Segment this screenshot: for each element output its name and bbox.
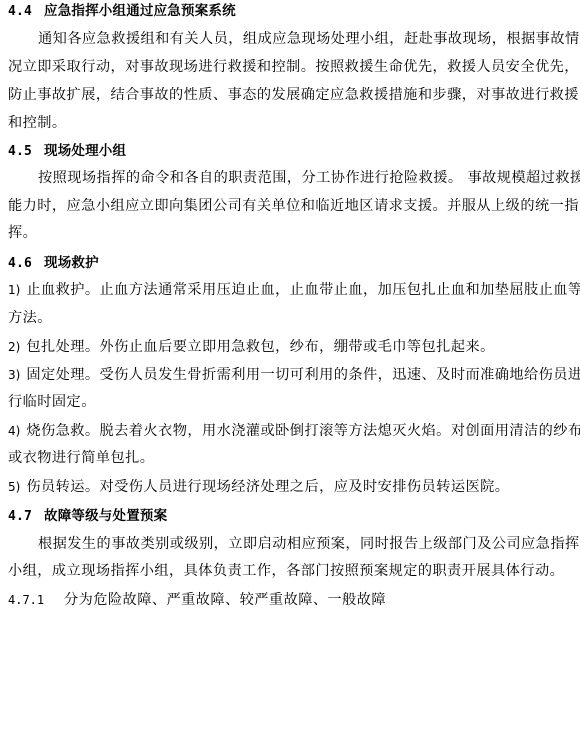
paragraph-line: 小组，成立现场指挥小组，具体负责工作，各部门按照预案规定的职责开展具体行动。 bbox=[8, 560, 576, 582]
subsection-text: 分为危险故障、严重故障、较严重故障、一般故障 bbox=[64, 592, 386, 608]
paragraph-line: 和控制。 bbox=[8, 112, 576, 134]
list-item-continuation: 方法。 bbox=[8, 307, 576, 329]
list-item-1: 1)止血救护。止血方法通常采用压迫止血，止血带止血，加压包扎止血和加垫屈肢止血等 bbox=[8, 279, 576, 301]
paragraph-line: 挥。 bbox=[8, 222, 576, 244]
paragraph-line: 防止事故扩展，结合事故的性质、事态的发展确定应急救援措施和步骤，对事故进行救援 bbox=[8, 84, 576, 106]
paragraph-line: 通知各应急救援组和有关人员，组成应急现场处理小组，赶赴事故现场，根据事故情 bbox=[8, 28, 580, 50]
section-heading-4-5: 4.5现场处理小组 bbox=[8, 140, 576, 162]
paragraph-line: 按照现场指挥的命令和各自的职责范围，分工协作进行抢险救援。 事故规模超过救援 bbox=[8, 167, 580, 189]
list-item-number: 5) bbox=[8, 480, 20, 494]
list-item-4: 4)烧伤急救。脱去着火衣物，用水浇灌或卧倒打滚等方法熄灭火焰。对创面用清洁的纱布 bbox=[8, 420, 576, 442]
subsection-4-7-1: 4.7.1分为危险故障、严重故障、较严重故障、一般故障 bbox=[8, 589, 576, 611]
paragraph-line: 况立即采取行动，对事故现场进行救援和控制。按照救援生命优先，救援人员安全优先， bbox=[8, 56, 576, 78]
list-item-continuation: 或衣物进行简单包扎。 bbox=[8, 447, 576, 469]
list-item-5: 5)伤员转运。对受伤人员进行现场经济处理之后，应及时安排伤员转运医院。 bbox=[8, 476, 576, 498]
list-item-2: 2)包扎处理。外伤止血后要立即用急救包，纱布，绷带或毛巾等包扎起来。 bbox=[8, 336, 576, 358]
list-item-3: 3)固定处理。受伤人员发生骨折需利用一切可利用的条件，迅速、及时而准确地给伤员进 bbox=[8, 364, 576, 386]
paragraph-line: 能力时，应急小组应立即向集团公司有关单位和临近地区请求支援。并服从上级的统一指 bbox=[8, 195, 576, 217]
list-item-number: 2) bbox=[8, 340, 20, 354]
subsection-number: 4.7.1 bbox=[8, 589, 64, 611]
list-item-number: 4) bbox=[8, 424, 20, 438]
section-number: 4.5 bbox=[8, 141, 44, 163]
section-title: 应急指挥小组通过应急预案系统 bbox=[44, 3, 236, 19]
list-item-text: 烧伤急救。脱去着火衣物，用水浇灌或卧倒打滚等方法熄灭火焰。对创面用清洁的纱布 bbox=[26, 423, 580, 439]
section-heading-4-4: 4.4应急指挥小组通过应急预案系统 bbox=[8, 0, 576, 22]
list-item-text: 固定处理。受伤人员发生骨折需利用一切可利用的条件，迅速、及时而准确地给伤员进 bbox=[26, 367, 580, 383]
list-item-text: 包扎处理。外伤止血后要立即用急救包，纱布，绷带或毛巾等包扎起来。 bbox=[26, 339, 494, 355]
section-number: 4.7 bbox=[8, 506, 44, 528]
paragraph-line: 根据发生的事故类别或级别，立即启动相应预案，同时报告上级部门及公司应急指挥 bbox=[8, 533, 580, 555]
list-item-text: 止血救护。止血方法通常采用压迫止血，止血带止血，加压包扎止血和加垫屈肢止血等 bbox=[26, 282, 580, 298]
section-title: 故障等级与处置预案 bbox=[44, 508, 167, 524]
section-title: 现场救护 bbox=[44, 255, 99, 271]
section-heading-4-6: 4.6现场救护 bbox=[8, 252, 576, 274]
section-heading-4-7: 4.7故障等级与处置预案 bbox=[8, 505, 576, 527]
list-item-number: 3) bbox=[8, 368, 20, 382]
section-number: 4.6 bbox=[8, 253, 44, 275]
section-title: 现场处理小组 bbox=[44, 143, 126, 159]
list-item-text: 伤员转运。对受伤人员进行现场经济处理之后，应及时安排伤员转运医院。 bbox=[26, 479, 509, 495]
list-item-continuation: 行临时固定。 bbox=[8, 391, 576, 413]
section-number: 4.4 bbox=[8, 1, 44, 23]
list-item-number: 1) bbox=[8, 283, 20, 297]
